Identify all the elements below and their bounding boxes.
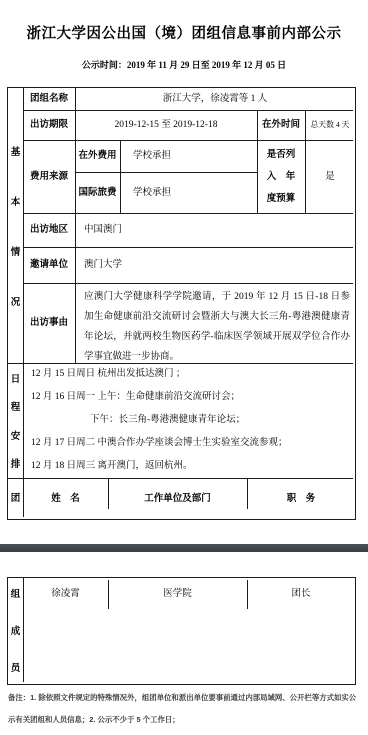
section-basic-char: 情 (11, 244, 21, 258)
member-name-cell: 徐凌霄 (23, 578, 108, 609)
abroad-cost-value: 学校承担 (120, 140, 270, 172)
section-basic-char: 况 (11, 294, 21, 308)
inviter-label: 邀请单位 (23, 247, 75, 283)
section-members-chars: 组 成 员 (8, 578, 23, 682)
section-schedule-char: 程 (11, 399, 21, 413)
doc-title: 浙江大学因公出国（境）团组信息事前内部公示 (0, 22, 368, 43)
publicity-period: 公示时间：2019 年 11 月 29 日至 2019 年 12 月 05 日 (0, 58, 368, 71)
section-members-char: 成 (11, 623, 21, 637)
member-duty-header: 职 务 (247, 478, 355, 519)
member-unit-cell: 医学院 (108, 578, 247, 609)
member-duty-cell: 团长 (247, 578, 355, 609)
abroad-cost-label: 在外费用 (75, 140, 120, 172)
members-table: 组 成 员 徐凌霄 医学院 团长 (7, 577, 356, 685)
intl-travel-value: 学校承担 (120, 172, 270, 213)
schedule-line: 12 月 16 日周一 上午：生命健康前沿交流研讨会； (31, 386, 353, 409)
region-value: 中国澳门 (75, 213, 364, 247)
section-members-char-page1: 团 (8, 478, 23, 519)
visit-period-label: 出访期限 (23, 110, 75, 140)
section-members-char: 员 (11, 660, 21, 674)
budget-label-line: 入 年 (267, 166, 296, 188)
inviter-value: 澳门大学 (75, 247, 364, 283)
budget-label-line: 是否列 (267, 144, 296, 166)
total-days-value: 总天数 4 天 (305, 110, 355, 140)
section-schedule-char: 排 (11, 456, 21, 470)
member-unit-header: 工作单位及部门 (108, 478, 247, 519)
note-line-1: 备注：1. 除依照文件规定的特殊情况外，组团单位和派出单位要事前通过内部局域网、… (8, 687, 364, 709)
schedule-line: 12 月 17 日周二 中澳合作办学座谈会博士生实验室交流参观； (31, 432, 353, 455)
section-schedule-char: 日 (11, 371, 21, 385)
group-name-value: 浙江大学，徐凌霄等 1 人 (75, 88, 355, 110)
note-line-2: 示有关团组和人员信息；2. 公示不少于 5 个工作日； (8, 709, 364, 731)
visit-period-value: 2019-12-15 至 2019-12-18 (75, 110, 257, 140)
intl-travel-label: 国际旅费 (75, 172, 120, 213)
schedule-list: 12 月 15 日周日 杭州出发抵达澳门 ； 12 月 16 日周一 上午：生命… (23, 363, 353, 478)
abroad-time-label: 在外时间 (257, 110, 305, 140)
member-name-header: 姓 名 (23, 478, 108, 519)
schedule-line: 12 月 18 日周三 离开澳门，返回杭州。 (31, 455, 353, 478)
schedule-line: 下午：长三角-粤港澳健康青年论坛； (31, 409, 353, 432)
group-name-label: 团组名称 (23, 88, 75, 110)
schedule-line: 12 月 15 日周日 杭州出发抵达澳门 ； (31, 363, 353, 386)
section-schedule-char: 安 (11, 428, 21, 442)
section-basic-char: 本 (11, 194, 21, 208)
section-members-char: 组 (11, 586, 21, 600)
document-page: 浙江大学因公出国（境）团组信息事前内部公示 公示时间：2019 年 11 月 2… (0, 0, 368, 735)
section-basic-char: 基 (11, 144, 21, 158)
region-label: 出访地区 (23, 213, 75, 247)
budget-question-label: 是否列 入 年 度预算 (257, 140, 305, 213)
section-basic-chars: 基 本 情 况 (8, 88, 23, 363)
budget-answer-value: 是 (305, 140, 355, 213)
funding-source-label: 费用来源 (23, 140, 75, 213)
section-schedule-chars: 日 程 安 排 (8, 363, 23, 478)
page-separator-bar (0, 544, 368, 552)
budget-label-line: 度预算 (267, 188, 296, 210)
purpose-value: 应澳门大学健康科学学院邀请，于 2019 年 12 月 15 日-18 日参加生… (84, 287, 350, 361)
purpose-label: 出访事由 (23, 283, 75, 363)
basic-info-table: 基 本 情 况 团组名称 浙江大学，徐凌霄等 1 人 出访期限 2019-12-… (7, 87, 356, 520)
